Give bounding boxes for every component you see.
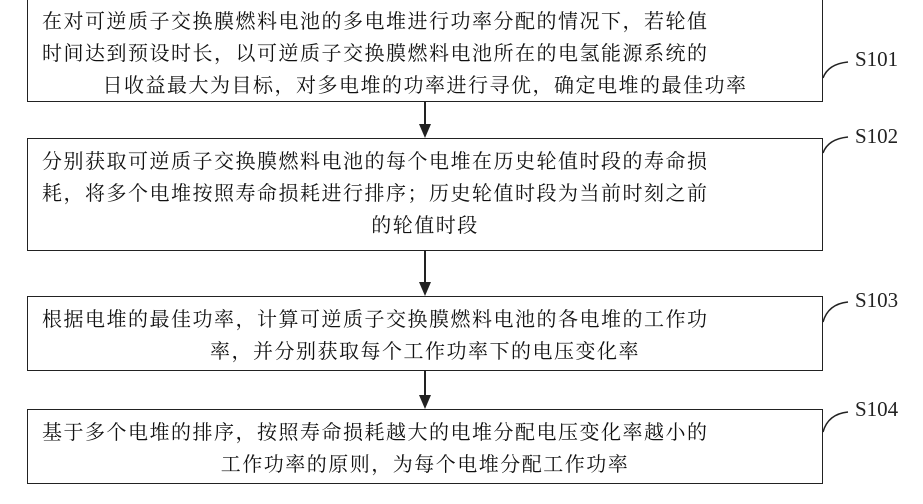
step-s101-line-1: 在对可逆质子交换膜燃料电池的多电堆进行功率分配的情况下，若轮值 xyxy=(42,5,808,37)
step-s103-line-2: 率，并分别获取每个工作功率下的电压变化率 xyxy=(42,335,808,367)
step-label-s101: S101 xyxy=(855,47,898,72)
step-s103-line-1: 根据电堆的最佳功率，计算可逆质子交换膜燃料电池的各电堆的工作功 xyxy=(42,303,808,335)
arrow-down-icon xyxy=(419,251,431,296)
leader-line-s102 xyxy=(822,135,852,155)
step-box-s101: 在对可逆质子交换膜燃料电池的多电堆进行功率分配的情况下，若轮值 时间达到预设时长… xyxy=(27,0,823,102)
step-s102-line-2: 耗，将多个电堆按照寿命损耗进行排序；历史轮值时段为当前时刻之前 xyxy=(42,177,808,209)
arrow-down-icon xyxy=(419,102,431,138)
step-box-s102: 分别获取可逆质子交换膜燃料电池的每个电堆在历史轮值时段的寿命损 耗，将多个电堆按… xyxy=(27,138,823,251)
step-label-s104: S104 xyxy=(855,397,898,422)
step-s104-line-2: 工作功率的原则，为每个电堆分配工作功率 xyxy=(42,448,808,480)
leader-line-s101 xyxy=(822,60,852,80)
step-label-s103: S103 xyxy=(855,288,898,313)
step-label-s102: S102 xyxy=(855,124,898,149)
step-s104-line-1: 基于多个电堆的排序，按照寿命损耗越大的电堆分配电压变化率越小的 xyxy=(42,416,808,448)
step-s102-line-1: 分别获取可逆质子交换膜燃料电池的每个电堆在历史轮值时段的寿命损 xyxy=(42,145,808,177)
arrow-down-icon xyxy=(419,371,431,409)
step-box-s103: 根据电堆的最佳功率，计算可逆质子交换膜燃料电池的各电堆的工作功 率，并分别获取每… xyxy=(27,296,823,371)
leader-line-s104 xyxy=(822,410,852,434)
step-s102-line-3: 的轮值时段 xyxy=(42,209,808,241)
step-s101-line-3: 日收益最大为目标，对多电堆的功率进行寻优，确定电堆的最佳功率 xyxy=(42,69,808,101)
step-s101-line-2: 时间达到预设时长，以可逆质子交换膜燃料电池所在的电氢能源系统的 xyxy=(42,37,808,69)
leader-line-s103 xyxy=(822,300,852,324)
step-box-s104: 基于多个电堆的排序，按照寿命损耗越大的电堆分配电压变化率越小的 工作功率的原则，… xyxy=(27,409,823,484)
